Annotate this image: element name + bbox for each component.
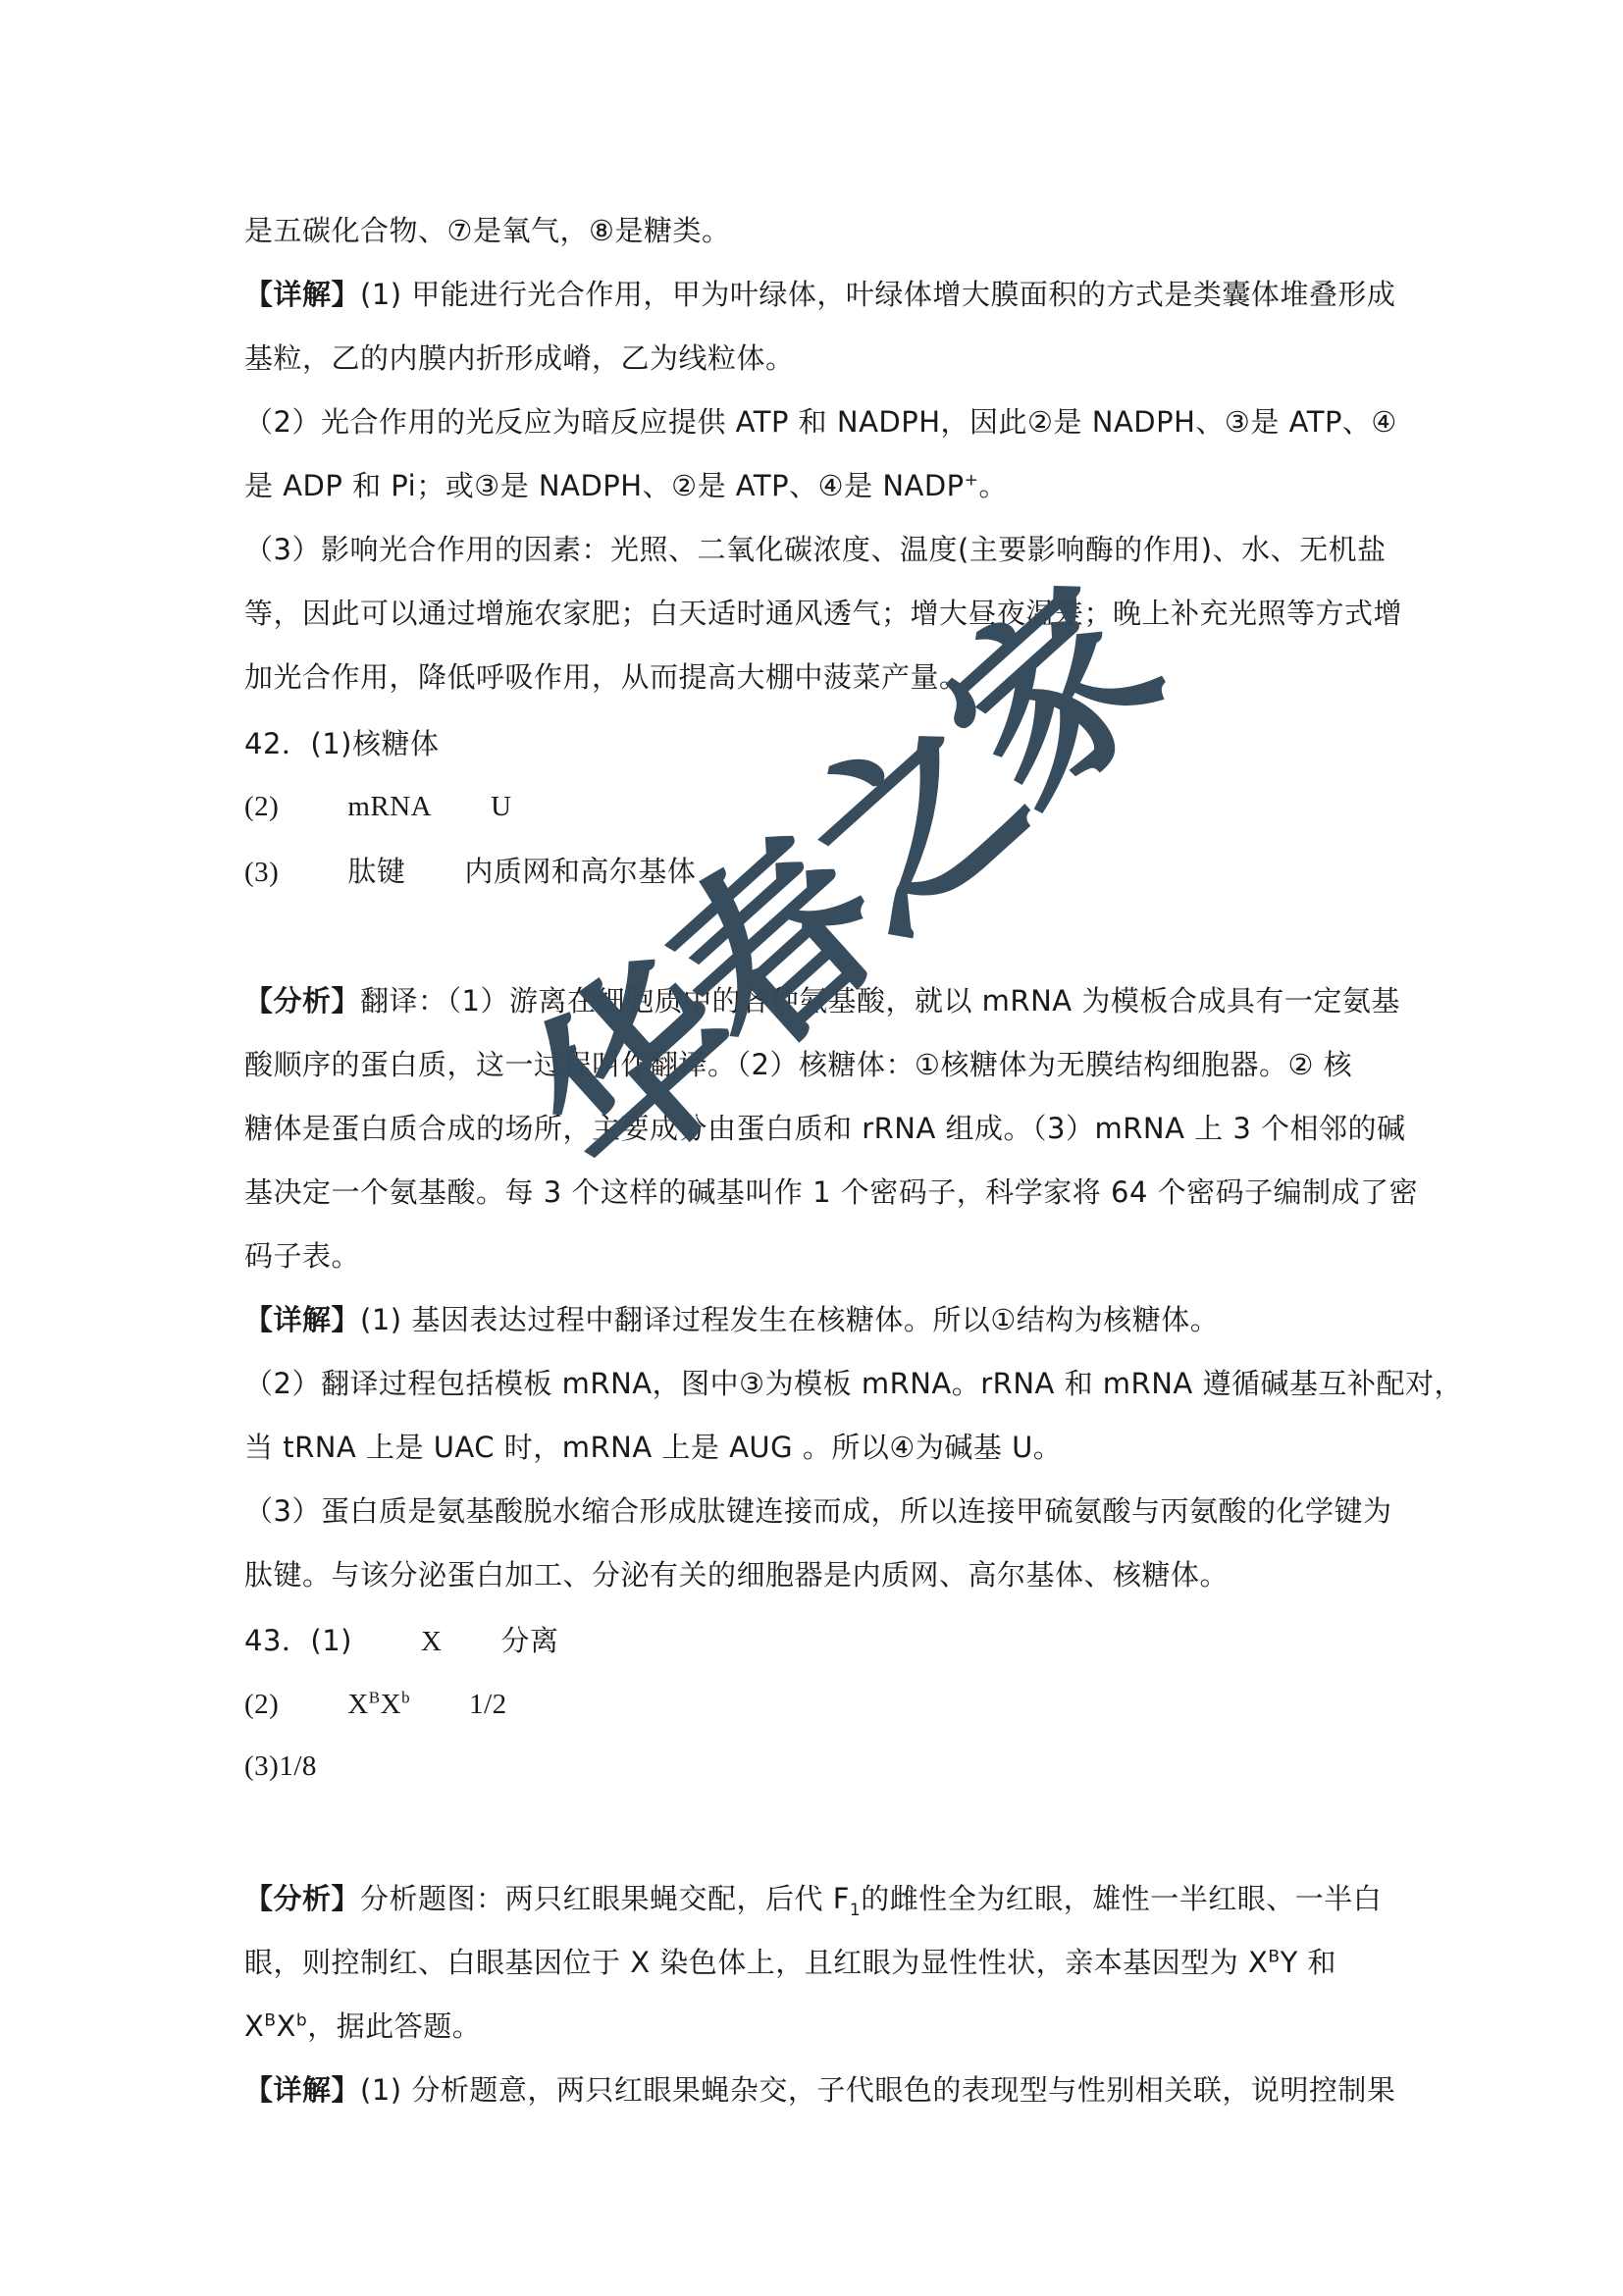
q42-answer-line-3: (3)肽键内质网和高尔基体 — [244, 852, 696, 892]
text: (1) 分析题意，两只红眼果蝇杂交，子代眼色的表现型与性别相关联，说明控制果 — [360, 2073, 1395, 2107]
q42-detail-line-5: 肽键。与该分泌蛋白加工、分泌有关的细胞器是内质网、高尔基体、核糖体。 — [244, 1555, 1229, 1594]
superscript: b — [401, 1688, 410, 1706]
q41-detail-line-6: 等，因此可以通过增施农家肥；白天适时通风透气；增大昼夜温差；晚上补充光照等方式增 — [244, 594, 1402, 633]
superscript: B — [264, 2010, 276, 2030]
q43-analysis-line-2: 眼，则控制红、白眼基因位于 X 染色体上，且红眼为显性性状，亲本基因型为 XBY… — [244, 1943, 1336, 1982]
text: 是 ADP 和 Pi；或③是 NADPH、②是 ATP、④是 NADP — [244, 469, 965, 502]
text: 的雌性全为红眼，雄性一半红眼、一半白 — [861, 1882, 1382, 1915]
answer-value: 肽键 — [347, 855, 405, 888]
superscript: B — [369, 1688, 381, 1706]
q42-detail-line-1: 【详解】(1) 基因表达过程中翻译过程发生在核糖体。所以①结构为核糖体。 — [244, 1300, 1219, 1339]
q42-analysis-line-3: 糖体是蛋白质合成的场所，主要成分由蛋白质和 rRNA 组成。（3）mRNA 上 … — [244, 1109, 1406, 1148]
text: 。 — [978, 469, 1008, 502]
q42-analysis-line-1: 【分析】翻译：（1）游离在细胞质中的各种氨基酸，就以 mRNA 为模板合成具有一… — [244, 981, 1400, 1020]
q43-analysis-line-3: XBXb，据此答题。 — [244, 2007, 481, 2046]
text: X — [277, 2009, 296, 2043]
answer-value: X — [421, 1626, 442, 1657]
superscript: + — [965, 470, 979, 490]
superscript: B — [1268, 1947, 1280, 1966]
item-number: (3) — [244, 857, 279, 888]
section-tag-detail: 【详解】 — [244, 2073, 360, 2107]
text: 眼，则控制红、白眼基因位于 X 染色体上，且红眼为显性性状，亲本基因型为 X — [244, 1946, 1268, 1979]
q43-answer-line-2: (2)XBXb1/2 — [244, 1685, 507, 1724]
text: (1) 基因表达过程中翻译过程发生在核糖体。所以①结构为核糖体。 — [360, 1303, 1219, 1336]
text: (1) 甲能进行光合作用，甲为叶绿体，叶绿体增大膜面积的方式是类囊体堆叠形成 — [360, 278, 1395, 311]
superscript: b — [296, 2010, 307, 2030]
answer-value: mRNA — [347, 791, 432, 822]
section-tag-detail: 【详解】 — [244, 278, 360, 311]
q41-detail-line-2: 基粒，乙的内膜内折形成嵴，乙为线粒体。 — [244, 339, 795, 378]
intro-line: 是五碳化合物、⑦是氧气，⑧是糖类。 — [244, 211, 731, 250]
q41-detail-line-1: 【详解】(1) 甲能进行光合作用，甲为叶绿体，叶绿体增大膜面积的方式是类囊体堆叠… — [244, 275, 1395, 314]
q42-detail-line-3: 当 tRNA 上是 UAC 时，mRNA 上是 AUG 。所以④为碱基 U。 — [244, 1428, 1062, 1467]
section-tag-analysis: 【分析】 — [244, 984, 360, 1018]
text: X — [347, 1689, 368, 1720]
q41-detail-line-7: 加光合作用，降低呼吸作用，从而提高大棚中菠菜产量。 — [244, 657, 969, 697]
item-number: (2) — [244, 1689, 279, 1720]
text: ，据此答题。 — [307, 2009, 481, 2043]
q41-detail-line-4: 是 ADP 和 Pi；或③是 NADPH、②是 ATP、④是 NADP+。 — [244, 466, 1008, 505]
text: X — [381, 1689, 401, 1720]
q43-answer-line-3: (3)1/8 — [244, 1747, 317, 1786]
q43-detail-line-1: 【详解】(1) 分析题意，两只红眼果蝇杂交，子代眼色的表现型与性别相关联，说明控… — [244, 2070, 1395, 2110]
q42-analysis-line-2: 酸顺序的蛋白质，这一过程叫作翻译。（2）核糖体：①核糖体为无膜结构细胞器。② 核 — [244, 1045, 1352, 1084]
q42-answer-line-2: (2)mRNAU — [244, 787, 512, 826]
text: X — [244, 2009, 264, 2043]
text: 分析题图：两只红眼果蝇交配，后代 F — [360, 1882, 850, 1915]
q42-analysis-line-5: 码子表。 — [244, 1236, 360, 1276]
section-tag-detail: 【详解】 — [244, 1303, 360, 1336]
q42-answer-line-1: 42．(1)核糖体 — [244, 724, 439, 763]
answer-value: 1/2 — [469, 1689, 507, 1720]
answer-value: 分离 — [500, 1624, 558, 1657]
item-number: 43．(1) — [244, 1624, 352, 1657]
answer-value: U — [491, 791, 511, 822]
item-number: (2) — [244, 791, 279, 822]
q42-detail-line-2: （2）翻译过程包括模板 mRNA，图中③为模板 mRNA。rRNA 和 mRNA… — [244, 1364, 1463, 1403]
text: Y 和 — [1281, 1946, 1336, 1979]
q43-analysis-line-1: 【分析】分析题图：两只红眼果蝇交配，后代 F1的雌性全为红眼，雄性一半红眼、一半… — [244, 1879, 1382, 1918]
answer-value: 内质网和高尔基体 — [464, 855, 696, 888]
genotype: XBXb — [347, 1689, 410, 1720]
q41-detail-line-3: （2）光合作用的光反应为暗反应提供 ATP 和 NADPH，因此②是 NADPH… — [244, 402, 1397, 442]
q42-analysis-line-4: 基决定一个氨基酸。每 3 个这样的碱基叫作 1 个密码子，科学家将 64 个密码… — [244, 1173, 1418, 1212]
q42-detail-line-4: （3）蛋白质是氨基酸脱水缩合形成肽键连接而成，所以连接甲硫氨酸与丙氨酸的化学键为 — [244, 1491, 1391, 1531]
q43-answer-line-1: 43．(1)X分离 — [244, 1621, 558, 1661]
subscript: 1 — [850, 1901, 861, 1920]
q41-detail-line-5: （3）影响光合作用的因素：光照、二氧化碳浓度、温度(主要影响酶的作用)、水、无机… — [244, 530, 1387, 569]
section-tag-analysis: 【分析】 — [244, 1882, 360, 1915]
text: 翻译：（1）游离在细胞质中的各种氨基酸，就以 mRNA 为模板合成具有一定氨基 — [360, 984, 1400, 1018]
